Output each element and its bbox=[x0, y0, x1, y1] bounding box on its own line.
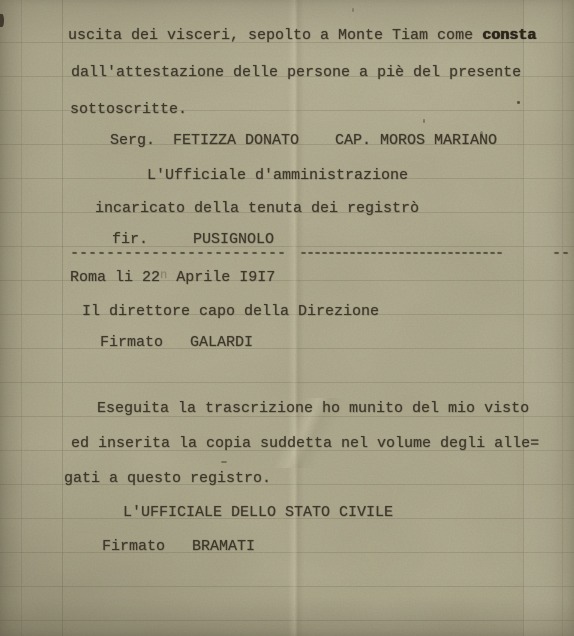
signature-bramati-line: Firmato BRAMATI bbox=[102, 537, 255, 557]
director-title-line: Il direttore capo della Direzione bbox=[82, 302, 379, 322]
ink-speck bbox=[517, 101, 520, 104]
burial-text-line-2: dall'attestazione delle persone a piè de… bbox=[71, 63, 521, 83]
official-title-line-2: incaricato della tenuta dei registrò bbox=[95, 199, 419, 219]
date-place-text: Roma li 22 bbox=[70, 269, 160, 286]
transcription-note-line-1: Eseguita la trascrizione ho munito del m… bbox=[97, 399, 529, 419]
dash-separator-group-2: ----------------------------- bbox=[299, 244, 502, 264]
ink-speck bbox=[423, 119, 425, 123]
burial-text-line-1: uscita dei visceri, sepolto a Monte Tiam… bbox=[68, 26, 536, 46]
ruled-line-vertical-right-inner bbox=[523, 0, 524, 636]
ink-speck bbox=[352, 8, 354, 12]
ink-speck bbox=[0, 14, 4, 27]
overstruck-word: consta bbox=[482, 27, 536, 44]
ruled-line-vertical-left-inner bbox=[62, 0, 63, 636]
ink-speck bbox=[221, 461, 227, 463]
dash-separator-group-1: ------------------------ bbox=[70, 244, 286, 264]
signature-galardi-line: Firmato GALARDI bbox=[100, 333, 253, 353]
burial-text-line-3: sottoscritte. bbox=[70, 100, 187, 120]
date-month-year-text: Aprile I9I7 bbox=[167, 269, 275, 286]
civil-officer-title-line: L'UFFICIALE DELLO STATO CIVILE bbox=[123, 503, 393, 523]
scanned-registry-page: uscita dei visceri, sepolto a Monte Tiam… bbox=[0, 0, 574, 636]
ruled-line-vertical-left-outer bbox=[21, 0, 22, 636]
transcription-note-line-2: ed inserita la copia suddetta nel volume… bbox=[71, 434, 539, 454]
transcription-note-line-3: gati a questo registro. bbox=[64, 469, 271, 489]
burial-text-line-1-main: uscita dei visceri, sepolto a Monte Tiam… bbox=[68, 27, 482, 44]
paper-right-margin-shading bbox=[523, 0, 574, 636]
dash-separator-group-3: -- bbox=[552, 244, 570, 264]
official-title-line-1: L'Ufficiale d'amministrazione bbox=[147, 166, 408, 186]
witness-names-line: Serg. FETIZZA DONATO CAP. MOROS MARIANO bbox=[110, 131, 497, 151]
ghost-typed-character: n bbox=[160, 265, 167, 285]
date-place-line: Roma li 22n Aprile I9I7 bbox=[70, 268, 275, 288]
ruled-line-vertical-right-outer bbox=[562, 0, 563, 636]
